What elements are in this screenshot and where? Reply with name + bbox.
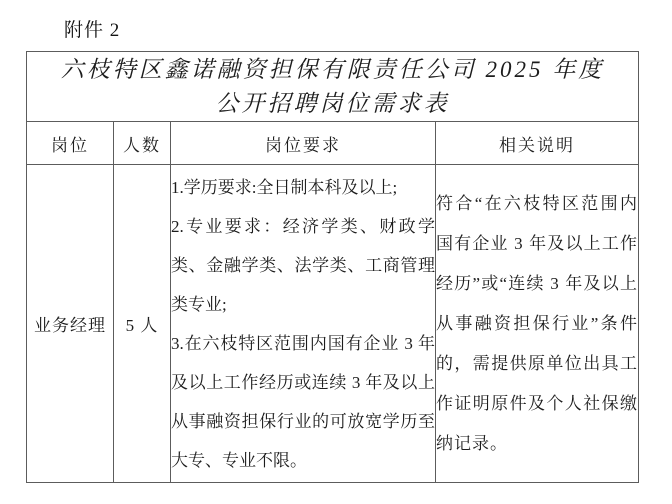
- attachment-label: 附件 2: [64, 15, 120, 42]
- table-title-line1: 六枝特区鑫诺融资担保有限责任公司 2025 年度: [27, 53, 638, 86]
- table-title-line2: 公开招聘岗位需求表: [27, 87, 638, 120]
- column-header-notes: 相关说明: [436, 122, 639, 165]
- table-row: 业务经理 5 人 1.学历要求:全日制本科及以上; 2.专业要求：经济学类、财政…: [27, 165, 639, 483]
- requirement-item-experience: 3.在六枝特区范围内国有企业 3 年及以上工作经历或连续 3 年及以上从事融资担…: [171, 324, 435, 480]
- headcount-cell: 5 人: [114, 165, 171, 483]
- document-page: 附件 2 六枝特区鑫诺融资担保有限责任公司 2025 年度 公开招聘岗位需求表 …: [0, 0, 672, 504]
- table-title: 六枝特区鑫诺融资担保有限责任公司 2025 年度 公开招聘岗位需求表: [27, 52, 639, 122]
- recruitment-table: 六枝特区鑫诺融资担保有限责任公司 2025 年度 公开招聘岗位需求表 岗位 人数…: [26, 51, 639, 483]
- column-header-requirements: 岗位要求: [171, 122, 436, 165]
- notes-cell: 符合“在六枝特区范围内国有企业 3 年及以上工作经历”或“连续 3 年及以上从事…: [436, 165, 639, 483]
- table-title-row: 六枝特区鑫诺融资担保有限责任公司 2025 年度 公开招聘岗位需求表: [27, 52, 639, 122]
- requirements-cell: 1.学历要求:全日制本科及以上; 2.专业要求：经济学类、财政学类、金融学类、法…: [171, 165, 436, 483]
- column-header-headcount: 人数: [114, 122, 171, 165]
- table-header-row: 岗位 人数 岗位要求 相关说明: [27, 122, 639, 165]
- requirement-item-major: 2.专业要求：经济学类、财政学类、金融学类、法学类、工商管理类专业;: [171, 207, 435, 324]
- position-cell: 业务经理: [27, 165, 114, 483]
- column-header-position: 岗位: [27, 122, 114, 165]
- requirement-item-education: 1.学历要求:全日制本科及以上;: [171, 168, 435, 207]
